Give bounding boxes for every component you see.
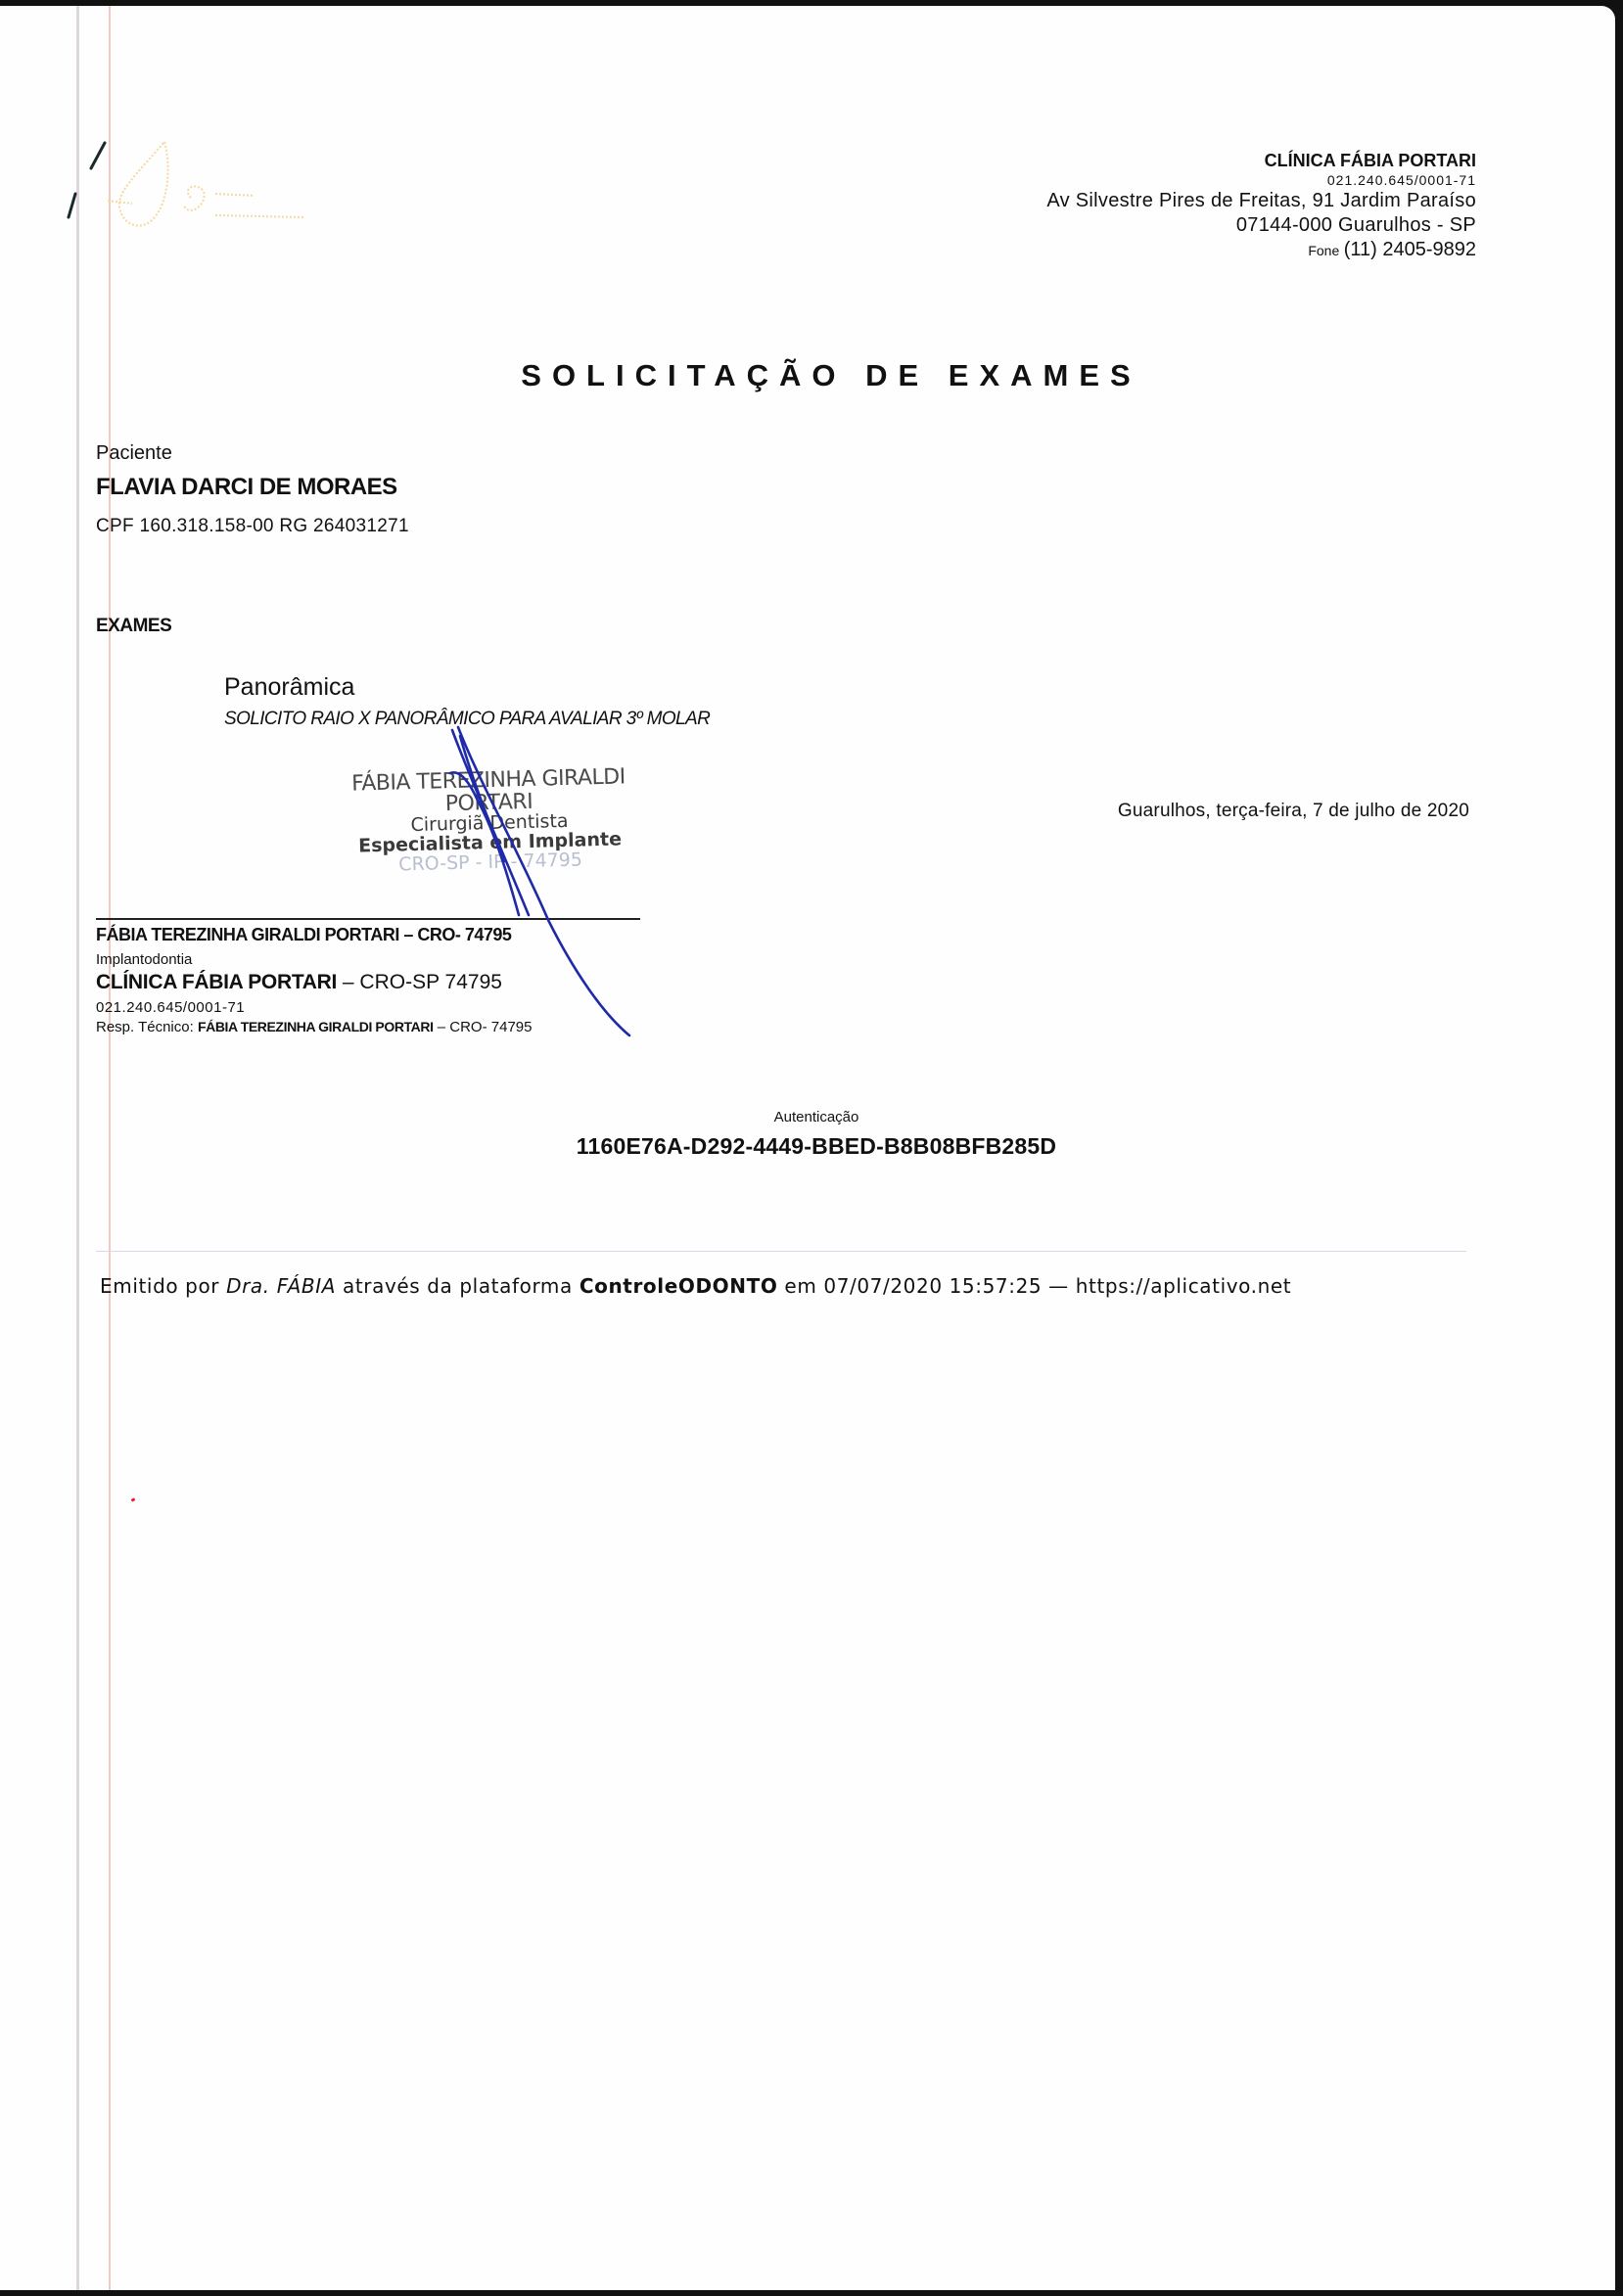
clinic-phone: (11) 2405-9892 bbox=[1344, 239, 1476, 260]
clinic-registration-name: CLÍNICA FÁBIA PORTARI bbox=[96, 971, 337, 993]
signature-line bbox=[96, 918, 640, 920]
footer-suffix: em 07/07/2020 15:57:25 — https://aplicat… bbox=[777, 1274, 1291, 1298]
exam-description: SOLICITO RAIO X PANORÂMICO PARA AVALIAR … bbox=[224, 709, 710, 730]
document-title: SOLICITAÇÃO DE EXAMES bbox=[0, 358, 1623, 393]
patient-name: FLAVIA DARCI DE MORAES bbox=[96, 474, 397, 501]
footer-divider bbox=[96, 1251, 1466, 1252]
exam-name: Panorâmica bbox=[224, 673, 354, 702]
stamp-name: FÁBIA TEREZINHA GIRALDI PORTARI bbox=[332, 765, 646, 819]
footer-issuer-title: Dra. bbox=[226, 1274, 270, 1298]
footer-middle: através da plataforma bbox=[336, 1274, 580, 1298]
clinic-registration-number: – CRO-SP 74795 bbox=[337, 971, 502, 993]
clinic-header: CLÍNICA FÁBIA PORTARI 021.240.645/0001-7… bbox=[1046, 150, 1476, 262]
footer-prefix: Emitido por bbox=[100, 1274, 226, 1298]
resp-label: Resp. Técnico: bbox=[96, 1019, 198, 1035]
clinic-logo-icon bbox=[98, 127, 333, 254]
clinic-cep-city: 07144-000 Guarulhos - SP bbox=[1046, 213, 1476, 238]
authentication-label: Autenticação bbox=[0, 1109, 1623, 1125]
issue-date: Guarulhos, terça-feira, 7 de julho de 20… bbox=[1118, 801, 1469, 822]
patient-documents: CPF 160.318.158-00 RG 264031271 bbox=[96, 516, 409, 537]
patient-label: Paciente bbox=[96, 442, 172, 465]
technical-responsible: Resp. Técnico: FÁBIA TEREZINHA GIRALDI P… bbox=[96, 1019, 532, 1035]
clinic-address: Av Silvestre Pires de Freitas, 91 Jardim… bbox=[1046, 189, 1476, 213]
professional-stamp: FÁBIA TEREZINHA GIRALDI PORTARI Cirurgiã… bbox=[332, 765, 648, 877]
resp-registration: – CRO- 74795 bbox=[434, 1019, 533, 1035]
resp-name: FÁBIA TEREZINHA GIRALDI PORTARI bbox=[198, 1019, 434, 1034]
phone-label: Fone bbox=[1308, 243, 1339, 258]
footer-issuer-name: FÁBIA bbox=[277, 1274, 336, 1298]
pen-mark-icon bbox=[54, 137, 113, 235]
authentication-code: 1160E76A-D292-4449-BBED-B8B08BFB285D bbox=[0, 1133, 1623, 1160]
clinic-name: CLÍNICA FÁBIA PORTARI bbox=[1046, 150, 1476, 172]
signer-specialty: Implantodontia bbox=[96, 951, 192, 968]
signature-cnpj: 021.240.645/0001-71 bbox=[96, 999, 245, 1016]
footer-platform: ControleODONTO bbox=[580, 1274, 778, 1298]
exams-heading: EXAMES bbox=[96, 616, 171, 637]
clinic-registration: CLÍNICA FÁBIA PORTARI – CRO-SP 74795 bbox=[96, 971, 502, 994]
signer-name: FÁBIA TEREZINHA GIRALDI PORTARI – CRO- 7… bbox=[96, 925, 511, 945]
clinic-cnpj: 021.240.645/0001-71 bbox=[1046, 172, 1476, 190]
issuance-footer: Emitido por Dra. FÁBIA através da plataf… bbox=[100, 1274, 1291, 1298]
